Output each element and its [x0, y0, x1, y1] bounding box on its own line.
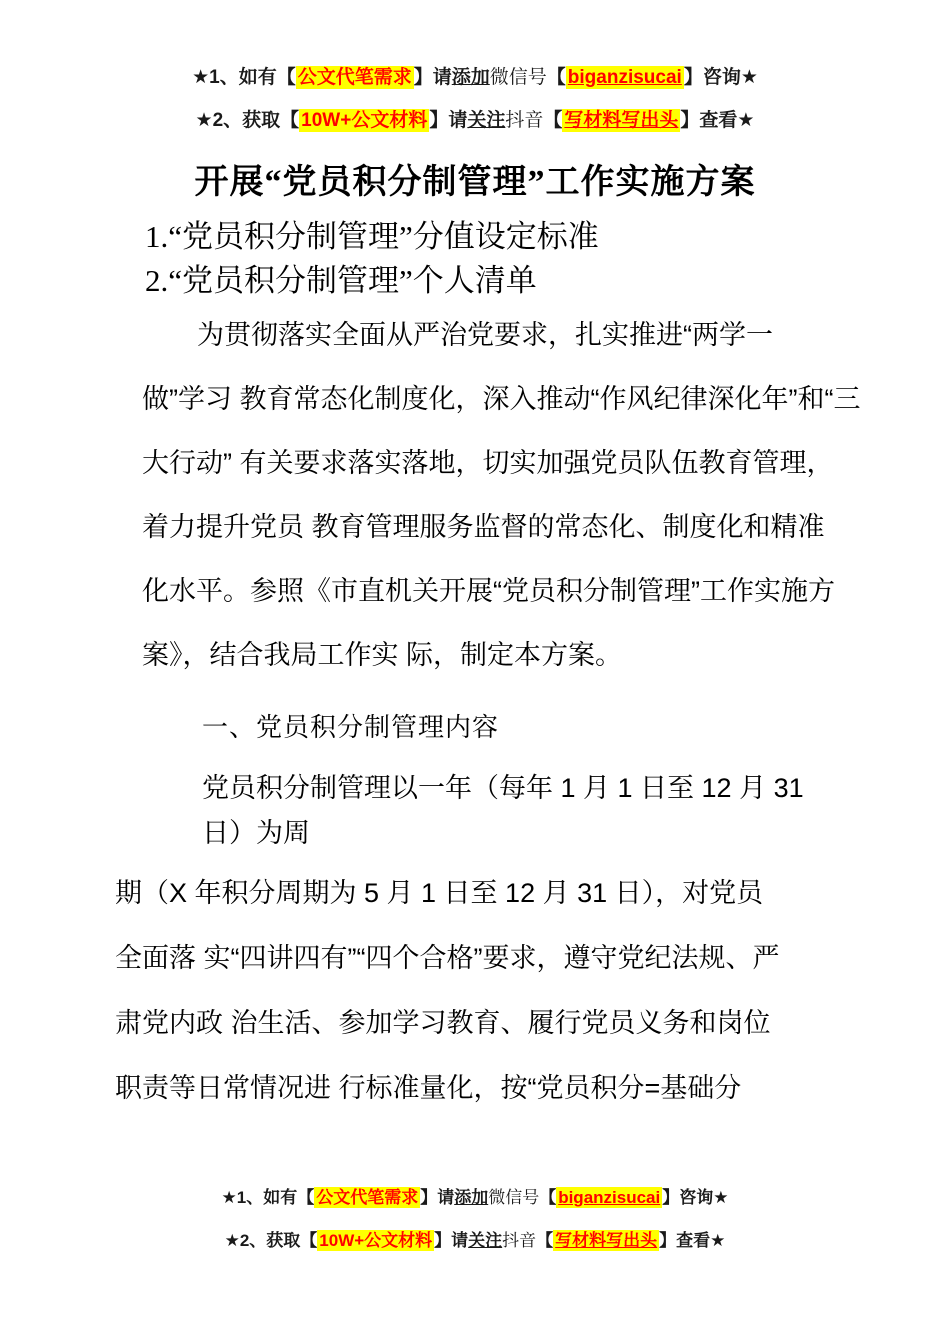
promo-text: 抖音 — [505, 110, 543, 131]
document-title: 开展“党员积分制管理”工作实施方案 — [0, 158, 950, 208]
toc-list: 1.“党员积分制管理”分值设定标准 2.“党员积分制管理”个人清单 — [145, 215, 599, 303]
section-1-paragraph-a: 党员积分制管理以一年（每年 1 月 1 日至 12 月 31 日）为周 — [202, 766, 804, 856]
promo-banner-line-2: ★2、获取【10W+公文材料】请关注抖音【写材料写出头】查看★ — [0, 99, 950, 142]
promo-banner-line-1: ★1、如有【公文代笔需求】请添加微信号【biganzisucai】咨询★ — [0, 1176, 950, 1219]
promo-text: 【 — [536, 1231, 553, 1250]
section-1-heading: 一、党员积分制管理内容 — [202, 710, 499, 744]
intro-line: 大行动” 有关要求落实落地，切实加强党员队伍教育管理， — [142, 431, 842, 495]
promo-highlight-service: 公文代笔需求 — [314, 1187, 420, 1208]
promo-underline-follow: 关注 — [468, 1231, 502, 1250]
promo-text: 微信号 — [490, 67, 547, 88]
intro-line: 案》，结合我局工作实 际，制定本方案。 — [142, 623, 842, 687]
promo-text: 【 — [547, 67, 566, 88]
body-line: 期（X 年积分周期为 5 月 1 日至 12 月 31 日），对党员 — [115, 861, 779, 926]
promo-underline-add: 添加 — [452, 67, 490, 88]
intro-line: 做”学习 教育常态化制度化，深入推动“作风纪律深化年”和“三 — [142, 367, 842, 431]
intro-paragraph: 为贯彻落实全面从严治党要求，扎实推进“两学一 做”学习 教育常态化制度化，深入推… — [142, 303, 842, 687]
promo-underline-add: 添加 — [454, 1188, 488, 1207]
promo-highlight-service: 公文代笔需求 — [296, 66, 414, 89]
promo-banner-bottom: ★1、如有【公文代笔需求】请添加微信号【biganzisucai】咨询★ ★2、… — [0, 1176, 950, 1262]
toc-item-1: 1.“党员积分制管理”分值设定标准 — [145, 215, 599, 259]
body-line: 日）为周 — [202, 811, 804, 856]
promo-banner-line-2: ★2、获取【10W+公文材料】请关注抖音【写材料写出头】查看★ — [0, 1219, 950, 1262]
promo-text: ★1、如有【 — [192, 67, 296, 88]
body-line: 全面落 实“四讲四有”“四个合格”要求，遵守党纪法规、严 — [115, 926, 779, 991]
body-line: 肃党内政 治生活、参加学习教育、履行党员义务和岗位 — [115, 991, 779, 1056]
toc-item-2: 2.“党员积分制管理”个人清单 — [145, 259, 599, 303]
promo-underline-follow: 关注 — [467, 110, 505, 131]
promo-text: 】请 — [434, 1231, 468, 1250]
intro-line: 着力提升党员 教育管理服务监督的常态化、制度化和精准 — [142, 495, 842, 559]
promo-text: 】查看★ — [659, 1231, 725, 1250]
body-line: 党员积分制管理以一年（每年 1 月 1 日至 12 月 31 — [202, 766, 804, 811]
body-line: 职责等日常情况进 行标准量化，按“党员积分=基础分 — [115, 1056, 779, 1121]
promo-text: ★2、获取【 — [196, 110, 300, 131]
promo-highlight-materials: 10W+公文材料 — [299, 109, 429, 132]
promo-banner-top: ★1、如有【公文代笔需求】请添加微信号【biganzisucai】咨询★ ★2、… — [0, 56, 950, 142]
promo-text: ★2、获取【 — [225, 1231, 318, 1250]
promo-highlight-douyin-id: 写材料写出头 — [562, 109, 680, 132]
promo-text: 】请 — [414, 67, 452, 88]
promo-text: 】请 — [420, 1188, 454, 1207]
intro-line: 为贯彻落实全面从严治党要求，扎实推进“两学一 — [142, 303, 842, 367]
promo-banner-line-1: ★1、如有【公文代笔需求】请添加微信号【biganzisucai】咨询★ — [0, 56, 950, 99]
document-page: { "banner": { "line1": { "seg1": "★1、如有【… — [0, 0, 950, 1344]
promo-highlight-materials: 10W+公文材料 — [317, 1230, 434, 1251]
promo-text: 【 — [543, 110, 562, 131]
promo-highlight-wechat-id: biganzisucai — [556, 1187, 662, 1208]
promo-text: 【 — [539, 1188, 556, 1207]
promo-highlight-wechat-id: biganzisucai — [566, 66, 684, 89]
promo-text: ★1、如有【 — [222, 1188, 315, 1207]
promo-text: 】请 — [429, 110, 467, 131]
promo-text: 抖音 — [502, 1231, 536, 1250]
promo-text: 微信号 — [488, 1188, 539, 1207]
promo-text: 】查看★ — [680, 110, 754, 131]
section-1-paragraph-b: 期（X 年积分周期为 5 月 1 日至 12 月 31 日），对党员 全面落 实… — [115, 861, 779, 1121]
promo-text: 】咨询★ — [662, 1188, 728, 1207]
intro-line: 化水平。参照《市直机关开展“党员积分制管理”工作实施方 — [142, 559, 842, 623]
promo-highlight-douyin-id: 写材料写出头 — [553, 1230, 659, 1251]
promo-text: 】咨询★ — [684, 67, 758, 88]
